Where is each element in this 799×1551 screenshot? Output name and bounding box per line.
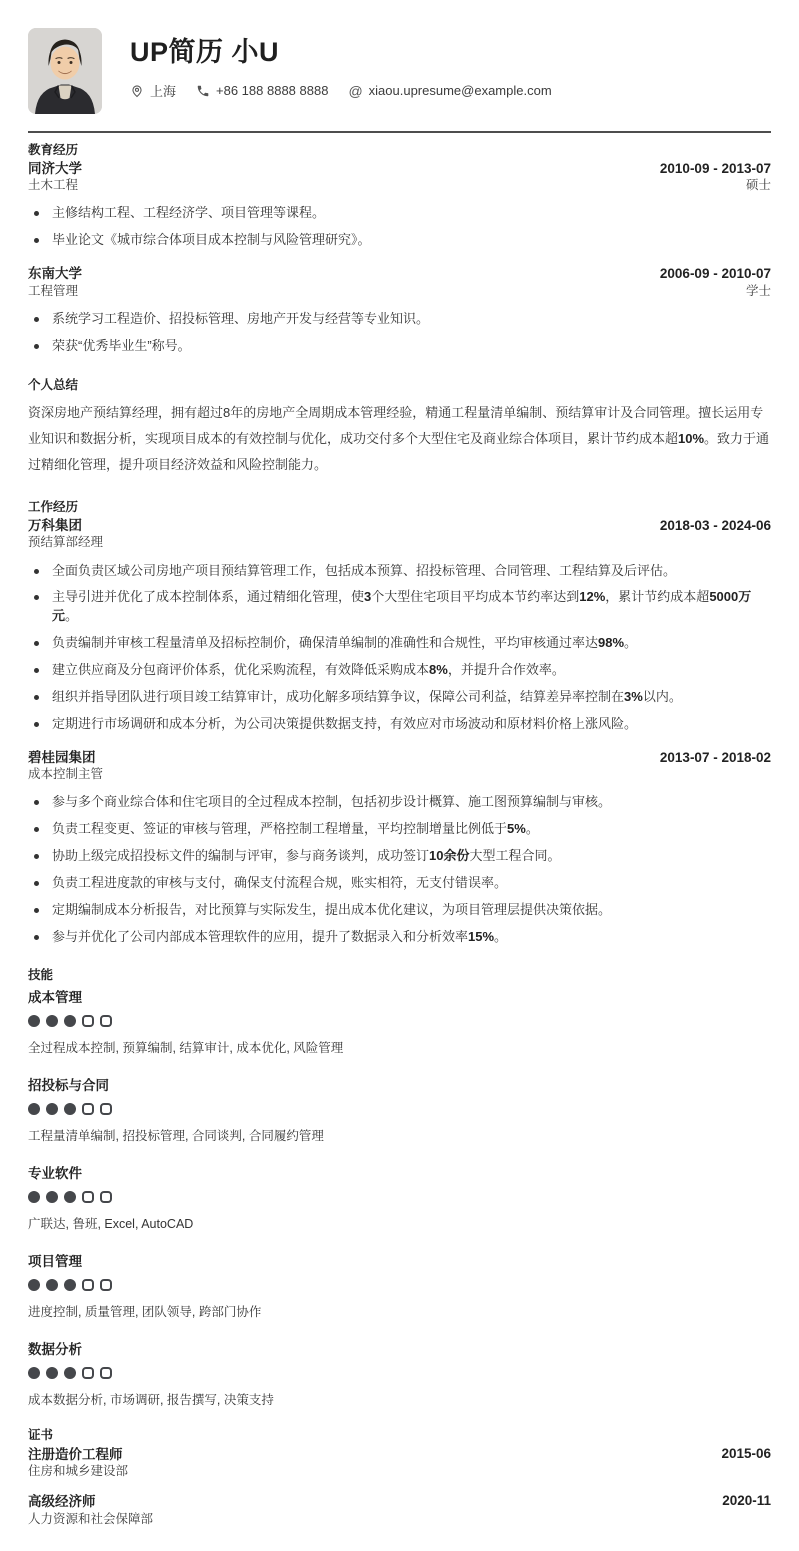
level-dot-empty xyxy=(82,1103,94,1115)
entry-head: 万科集团预结算部经理2018-03 - 2024-06 xyxy=(28,517,771,551)
bullet-item: 参与并优化了公司内部成本管理软件的应用，提升了数据录入和分析效率15%。 xyxy=(28,928,771,947)
entry-head: 碧桂园集团成本控制主管2013-07 - 2018-02 xyxy=(28,749,771,783)
skill-name: 项目管理 xyxy=(28,1250,771,1270)
level-dot-filled xyxy=(46,1367,58,1379)
skill-level-dots xyxy=(28,1367,771,1379)
org-name: 万科集团 xyxy=(28,517,103,535)
entry-dates: 2010-09 - 2013-07硕士 xyxy=(660,160,771,194)
level-dot-filled xyxy=(64,1015,76,1027)
contact-location: 上海 xyxy=(130,81,176,100)
contact-row: 上海 +86 188 8888 8888 @ xiaou.upresume@ex… xyxy=(130,81,552,100)
contact-email: @ xiaou.upresume@example.com xyxy=(348,83,551,99)
experience-entry: 同济大学土木工程2010-09 - 2013-07硕士主修结构工程、工程经济学、… xyxy=(28,160,771,250)
skill-level-dots xyxy=(28,1015,771,1027)
level-dot-filled xyxy=(28,1191,40,1203)
email-text: xiaou.upresume@example.com xyxy=(369,83,552,98)
certificate-issuer: 人力资源和社会保障部 xyxy=(28,1511,153,1527)
skill-detail: 进度控制, 质量管理, 团队领导, 跨部门协作 xyxy=(28,1302,771,1320)
certificate-date: 2015-06 xyxy=(721,1446,771,1461)
bullet-list: 参与多个商业综合体和住宅项目的全过程成本控制，包括初步设计概算、施工图预算编制与… xyxy=(28,793,771,946)
contact-phone: +86 188 8888 8888 xyxy=(196,83,328,98)
org-name: 碧桂园集团 xyxy=(28,749,103,767)
level-dot-empty xyxy=(100,1015,112,1027)
skill-detail: 工程量清单编制, 招投标管理, 合同谈判, 合同履约管理 xyxy=(28,1126,771,1144)
bullet-item: 负责工程变更、签证的审核与管理，严格控制工程增量，平均控制增量比例低于5%。 xyxy=(28,820,771,839)
level-dot-filled xyxy=(28,1367,40,1379)
bullet-item: 负责编制并审核工程量清单及招标控制价，确保清单编制的准确性和合规性，平均审核通过… xyxy=(28,634,771,653)
bullet-item: 全面负责区域公司房地产项目预结算管理工作，包括成本预算、招投标管理、合同管理、工… xyxy=(28,562,771,581)
section-title-skills: 技能 xyxy=(28,968,771,984)
bullet-item: 系统学习工程造价、招投标管理、房地产开发与经营等专业知识。 xyxy=(28,310,771,329)
level-dot-filled xyxy=(28,1015,40,1027)
certificate-date: 2020-11 xyxy=(722,1493,771,1508)
entry-head: 同济大学土木工程2010-09 - 2013-07硕士 xyxy=(28,160,771,194)
certificate-name: 注册造价工程师 xyxy=(28,1446,128,1464)
skill-detail: 成本数据分析, 市场调研, 报告撰写, 决策支持 xyxy=(28,1390,771,1408)
section-summary: 个人总结 资深房地产预结算经理，拥有超过8年的房地产全周期成本管理经验，精通工程… xyxy=(28,378,771,479)
skill-name: 数据分析 xyxy=(28,1338,771,1358)
level-dot-empty xyxy=(100,1367,112,1379)
degree: 硕士 xyxy=(660,177,771,193)
skill-level-dots xyxy=(28,1191,771,1203)
phone-text: +86 188 8888 8888 xyxy=(216,83,328,98)
skill-list: 成本管理全过程成本控制, 预算编制, 结算审计, 成本优化, 风险管理招投标与合… xyxy=(28,986,771,1408)
level-dot-empty xyxy=(82,1191,94,1203)
skill-item: 专业软件广联达, 鲁班, Excel, AutoCAD xyxy=(28,1162,771,1232)
level-dot-filled xyxy=(64,1279,76,1291)
skill-name: 成本管理 xyxy=(28,986,771,1006)
org-name: 同济大学 xyxy=(28,160,82,178)
education-entries: 同济大学土木工程2010-09 - 2013-07硕士主修结构工程、工程经济学、… xyxy=(28,160,771,356)
bullet-item: 组织并指导团队进行项目竣工结算审计，成功化解多项结算争议，保障公司利益，结算差异… xyxy=(28,688,771,707)
at-icon: @ xyxy=(348,83,362,99)
date-range: 2006-09 - 2010-07 xyxy=(660,265,771,283)
skill-name: 招投标与合同 xyxy=(28,1074,771,1094)
location-text: 上海 xyxy=(150,81,176,100)
bullet-list: 主修结构工程、工程经济学、项目管理等课程。毕业论文《城市综合体项目成本控制与风险… xyxy=(28,204,771,250)
section-title-summary: 个人总结 xyxy=(28,378,771,394)
bullet-item: 主修结构工程、工程经济学、项目管理等课程。 xyxy=(28,204,771,223)
level-dot-empty xyxy=(100,1191,112,1203)
entry-dates: 2006-09 - 2010-07学士 xyxy=(660,265,771,299)
certificate-left: 高级经济师人力资源和社会保障部 xyxy=(28,1493,153,1527)
date-range: 2013-07 - 2018-02 xyxy=(660,749,771,767)
level-dot-filled xyxy=(64,1191,76,1203)
skill-item: 数据分析成本数据分析, 市场调研, 报告撰写, 决策支持 xyxy=(28,1338,771,1408)
certificate-name: 高级经济师 xyxy=(28,1493,153,1511)
profile-photo xyxy=(28,28,102,114)
bullet-item: 参与多个商业综合体和住宅项目的全过程成本控制，包括初步设计概算、施工图预算编制与… xyxy=(28,793,771,812)
level-dot-empty xyxy=(100,1279,112,1291)
certificate-list: 注册造价工程师住房和城乡建设部2015-06高级经济师人力资源和社会保障部202… xyxy=(28,1446,771,1528)
bullet-item: 协助上级完成招投标文件的编制与评审，参与商务谈判，成功签订10余份大型工程合同。 xyxy=(28,847,771,866)
role-or-major: 成本控制主管 xyxy=(28,766,103,782)
bullet-item: 荣获“优秀毕业生”称号。 xyxy=(28,337,771,356)
resume-page: UP简历 小U 上海 +86 188 8888 8888 @ xyxy=(0,0,799,1551)
level-dot-filled xyxy=(46,1279,58,1291)
bullet-item: 负责工程进度款的审核与支付，确保支付流程合规，账实相符，无支付错误率。 xyxy=(28,874,771,893)
level-dot-filled xyxy=(28,1279,40,1291)
bullet-item: 毕业论文《城市综合体项目成本控制与风险管理研究》。 xyxy=(28,231,771,250)
skill-level-dots xyxy=(28,1279,771,1291)
profile-photo-illustration xyxy=(28,28,102,114)
experience-entry: 万科集团预结算部经理2018-03 - 2024-06全面负责区域公司房地产项目… xyxy=(28,517,771,734)
level-dot-filled xyxy=(46,1191,58,1203)
org-name: 东南大学 xyxy=(28,265,82,283)
date-range: 2010-09 - 2013-07 xyxy=(660,160,771,178)
section-education: 教育经历 同济大学土木工程2010-09 - 2013-07硕士主修结构工程、工… xyxy=(28,143,771,356)
section-title-certificates: 证书 xyxy=(28,1428,771,1444)
summary-text: 资深房地产预结算经理，拥有超过8年的房地产全周期成本管理经验，精通工程量清单编制… xyxy=(28,400,771,478)
bullet-item: 定期编制成本分析报告，对比预算与实际发生，提出成本优化建议，为项目管理层提供决策… xyxy=(28,901,771,920)
role-or-major: 工程管理 xyxy=(28,283,82,299)
entry-dates: 2013-07 - 2018-02 xyxy=(660,749,771,767)
date-range: 2018-03 - 2024-06 xyxy=(660,517,771,535)
map-pin-icon xyxy=(130,84,144,98)
skill-level-dots xyxy=(28,1103,771,1115)
level-dot-filled xyxy=(46,1015,58,1027)
entry-dates: 2018-03 - 2024-06 xyxy=(660,517,771,535)
skill-detail: 全过程成本控制, 预算编制, 结算审计, 成本优化, 风险管理 xyxy=(28,1038,771,1056)
resume-header: UP简历 小U 上海 +86 188 8888 8888 @ xyxy=(28,28,771,114)
entry-head: 东南大学工程管理2006-09 - 2010-07学士 xyxy=(28,265,771,299)
header-info: UP简历 小U 上海 +86 188 8888 8888 @ xyxy=(130,28,552,100)
level-dot-filled xyxy=(64,1367,76,1379)
section-work: 工作经历 万科集团预结算部经理2018-03 - 2024-06全面负责区域公司… xyxy=(28,500,771,946)
candidate-name: UP简历 小U xyxy=(130,37,552,68)
bullet-item: 定期进行市场调研和成本分析，为公司决策提供数据支持，有效应对市场波动和原材料价格… xyxy=(28,715,771,734)
level-dot-empty xyxy=(82,1279,94,1291)
entry-left: 东南大学工程管理 xyxy=(28,265,82,299)
bullet-item: 建立供应商及分包商评价体系，优化采购流程，有效降低采购成本8%，并提升合作效率。 xyxy=(28,661,771,680)
level-dot-filled xyxy=(28,1103,40,1115)
entry-left: 碧桂园集团成本控制主管 xyxy=(28,749,103,783)
skill-detail: 广联达, 鲁班, Excel, AutoCAD xyxy=(28,1214,771,1232)
skill-item: 招投标与合同工程量清单编制, 招投标管理, 合同谈判, 合同履约管理 xyxy=(28,1074,771,1144)
level-dot-empty xyxy=(82,1367,94,1379)
bullet-list: 全面负责区域公司房地产项目预结算管理工作，包括成本预算、招投标管理、合同管理、工… xyxy=(28,562,771,734)
skill-item: 成本管理全过程成本控制, 预算编制, 结算审计, 成本优化, 风险管理 xyxy=(28,986,771,1056)
level-dot-empty xyxy=(82,1015,94,1027)
section-skills: 技能 成本管理全过程成本控制, 预算编制, 结算审计, 成本优化, 风险管理招投… xyxy=(28,968,771,1408)
section-certificates: 证书 注册造价工程师住房和城乡建设部2015-06高级经济师人力资源和社会保障部… xyxy=(28,1428,771,1527)
experience-entry: 碧桂园集团成本控制主管2013-07 - 2018-02参与多个商业综合体和住宅… xyxy=(28,749,771,947)
degree: 学士 xyxy=(660,283,771,299)
entry-left: 同济大学土木工程 xyxy=(28,160,82,194)
certificate-issuer: 住房和城乡建设部 xyxy=(28,1463,128,1479)
level-dot-filled xyxy=(64,1103,76,1115)
role-or-major: 土木工程 xyxy=(28,177,82,193)
entry-left: 万科集团预结算部经理 xyxy=(28,517,103,551)
phone-icon xyxy=(196,84,210,98)
work-entries: 万科集团预结算部经理2018-03 - 2024-06全面负责区域公司房地产项目… xyxy=(28,517,771,947)
experience-entry: 东南大学工程管理2006-09 - 2010-07学士系统学习工程造价、招投标管… xyxy=(28,265,771,355)
bullet-list: 系统学习工程造价、招投标管理、房地产开发与经营等专业知识。荣获“优秀毕业生”称号… xyxy=(28,310,771,356)
skill-name: 专业软件 xyxy=(28,1162,771,1182)
level-dot-filled xyxy=(46,1103,58,1115)
certificate-entry: 注册造价工程师住房和城乡建设部2015-06 xyxy=(28,1446,771,1480)
certificate-left: 注册造价工程师住房和城乡建设部 xyxy=(28,1446,128,1480)
section-title-education: 教育经历 xyxy=(28,143,771,159)
certificate-entry: 高级经济师人力资源和社会保障部2020-11 xyxy=(28,1493,771,1527)
skill-item: 项目管理进度控制, 质量管理, 团队领导, 跨部门协作 xyxy=(28,1250,771,1320)
role-or-major: 预结算部经理 xyxy=(28,534,103,550)
header-divider xyxy=(28,131,771,133)
level-dot-empty xyxy=(100,1103,112,1115)
section-title-work: 工作经历 xyxy=(28,500,771,516)
bullet-item: 主导引进并优化了成本控制体系，通过精细化管理，使3个大型住宅项目平均成本节约率达… xyxy=(28,588,771,626)
